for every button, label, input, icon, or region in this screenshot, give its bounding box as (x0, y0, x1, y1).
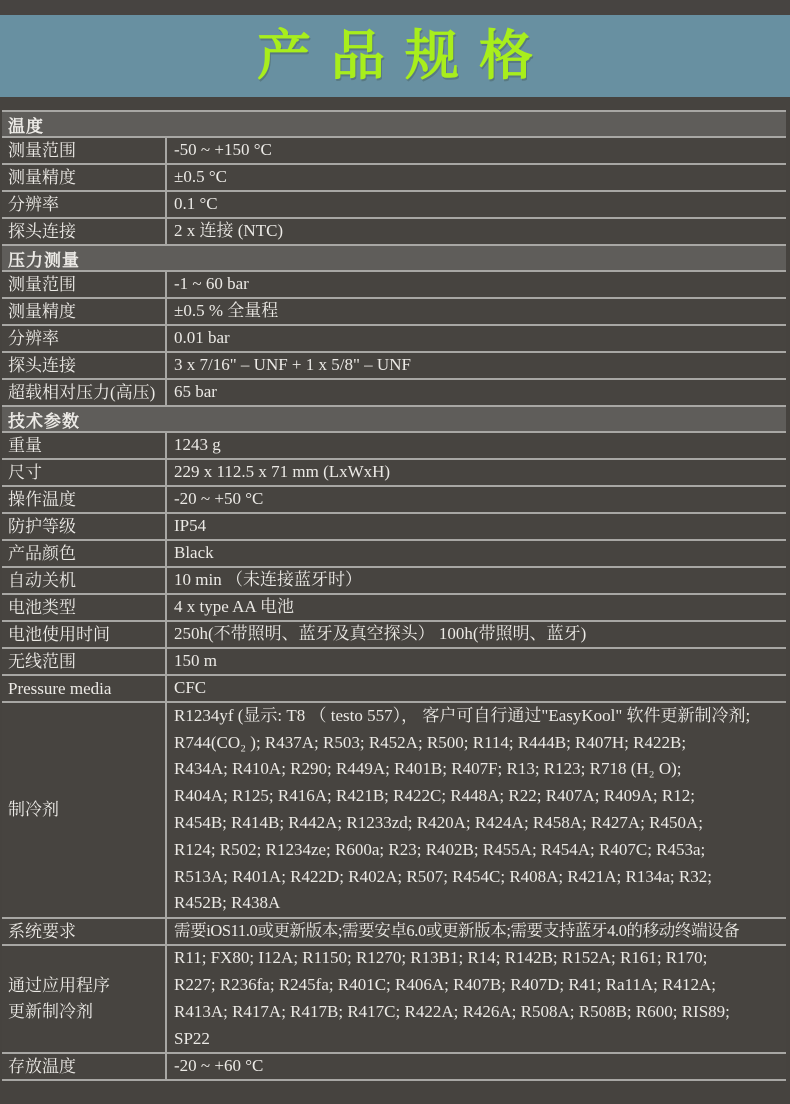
table-row: 防护等级 IP54 (2, 514, 786, 541)
table-row: 探头连接 2 x 连接 (NTC) (2, 219, 786, 246)
row-label: 电池使用时间 (2, 622, 165, 647)
row-value: 2 x 连接 (NTC) (165, 219, 786, 244)
row-value: ±0.5 °C (165, 165, 786, 190)
row-value: IP54 (165, 514, 786, 539)
row-label: 制冷剂 (2, 703, 165, 917)
row-value: 10 min （未连接蓝牙时） (165, 568, 786, 593)
row-label: 测量范围 (2, 272, 165, 297)
row-label: 测量范围 (2, 138, 165, 163)
row-label: 探头连接 (2, 219, 165, 244)
table-row: 尺寸 229 x 112.5 x 71 mm (LxWxH) (2, 460, 786, 487)
row-value: R1234yf (显示: T8 （ testo 557）， 客户可自行通过"Ea… (165, 703, 786, 917)
table-row: 测量范围 -50 ~ +150 °C (2, 138, 786, 165)
row-value: Black (165, 541, 786, 566)
section-title: 技术参数 (8, 407, 80, 432)
row-label: 自动关机 (2, 568, 165, 593)
row-value: 250h(不带照明、蓝牙及真空探头） 100h(带照明、蓝牙) (165, 622, 786, 647)
section-header-pressure: 压力测量 (2, 246, 786, 272)
row-value: R11; FX80; I12A; R1150; R1270; R13B1; R1… (165, 946, 786, 1052)
row-value: ±0.5 % 全量程 (165, 299, 786, 324)
row-value: 需要iOS11.0或更新版本;需要安卓6.0或更新版本;需要支持蓝牙4.0的移动… (165, 919, 786, 944)
table-row: 重量 1243 g (2, 433, 786, 460)
row-label: 超载相对压力(高压) (2, 380, 165, 405)
row-label: 通过应用程序 更新制冷剂 (2, 946, 165, 1052)
row-value: 229 x 112.5 x 71 mm (LxWxH) (165, 460, 786, 485)
table-row: 存放温度 -20 ~ +60 °C (2, 1054, 786, 1081)
row-label: 测量精度 (2, 299, 165, 324)
section-header-temperature: 温度 (2, 112, 786, 138)
row-value: 4 x type AA 电池 (165, 595, 786, 620)
row-label: 探头连接 (2, 353, 165, 378)
section-title: 温度 (8, 112, 44, 137)
row-label: 电池类型 (2, 595, 165, 620)
row-value: 0.1 °C (165, 192, 786, 217)
table-row: 自动关机 10 min （未连接蓝牙时） (2, 568, 786, 595)
row-label: Pressure media (2, 676, 165, 701)
row-value: -20 ~ +50 °C (165, 487, 786, 512)
section-header-technical: 技术参数 (2, 407, 786, 433)
table-row: 分辨率 0.01 bar (2, 326, 786, 353)
table-row: 产品颜色 Black (2, 541, 786, 568)
top-bar (0, 0, 790, 15)
row-label: 防护等级 (2, 514, 165, 539)
table-row-system-requirements: 系统要求 需要iOS11.0或更新版本;需要安卓6.0或更新版本;需要支持蓝牙4… (2, 919, 786, 946)
row-value: 3 x 7/16" – UNF + 1 x 5/8" – UNF (165, 353, 786, 378)
table-row: 操作温度 -20 ~ +50 °C (2, 487, 786, 514)
row-label: 存放温度 (2, 1054, 165, 1079)
row-label: 测量精度 (2, 165, 165, 190)
table-row: 电池使用时间 250h(不带照明、蓝牙及真空探头） 100h(带照明、蓝牙) (2, 622, 786, 649)
row-label: 分辨率 (2, 192, 165, 217)
table-row-refrigerants: 制冷剂 R1234yf (显示: T8 （ testo 557）， 客户可自行通… (2, 703, 786, 919)
table-row: 测量精度 ±0.5 % 全量程 (2, 299, 786, 326)
row-label: 无线范围 (2, 649, 165, 674)
table-row: 无线范围 150 m (2, 649, 786, 676)
row-label: 系统要求 (2, 919, 165, 944)
spec-table: 温度 测量范围 -50 ~ +150 °C 测量精度 ±0.5 °C 分辨率 0… (2, 110, 786, 1081)
table-row: 分辨率 0.1 °C (2, 192, 786, 219)
row-value: -20 ~ +60 °C (165, 1054, 786, 1079)
row-value: 65 bar (165, 380, 786, 405)
row-value: 0.01 bar (165, 326, 786, 351)
row-label: 尺寸 (2, 460, 165, 485)
row-value: -1 ~ 60 bar (165, 272, 786, 297)
table-row: Pressure media CFC (2, 676, 786, 703)
row-label: 分辨率 (2, 326, 165, 351)
row-value: -50 ~ +150 °C (165, 138, 786, 163)
table-row: 探头连接 3 x 7/16" – UNF + 1 x 5/8" – UNF (2, 353, 786, 380)
row-label: 产品颜色 (2, 541, 165, 566)
table-row: 超载相对压力(高压) 65 bar (2, 380, 786, 407)
page-header: 产品规格 (0, 15, 790, 97)
row-label: 操作温度 (2, 487, 165, 512)
table-row: 电池类型 4 x type AA 电池 (2, 595, 786, 622)
table-row-app-refrigerants: 通过应用程序 更新制冷剂 R11; FX80; I12A; R1150; R12… (2, 946, 786, 1054)
section-title: 压力测量 (8, 246, 80, 271)
row-label: 重量 (2, 433, 165, 458)
table-row: 测量精度 ±0.5 °C (2, 165, 786, 192)
row-value: 150 m (165, 649, 786, 674)
row-value: CFC (165, 676, 786, 701)
row-value: 1243 g (165, 433, 786, 458)
table-row: 测量范围 -1 ~ 60 bar (2, 272, 786, 299)
page-title: 产品规格 (237, 29, 553, 83)
